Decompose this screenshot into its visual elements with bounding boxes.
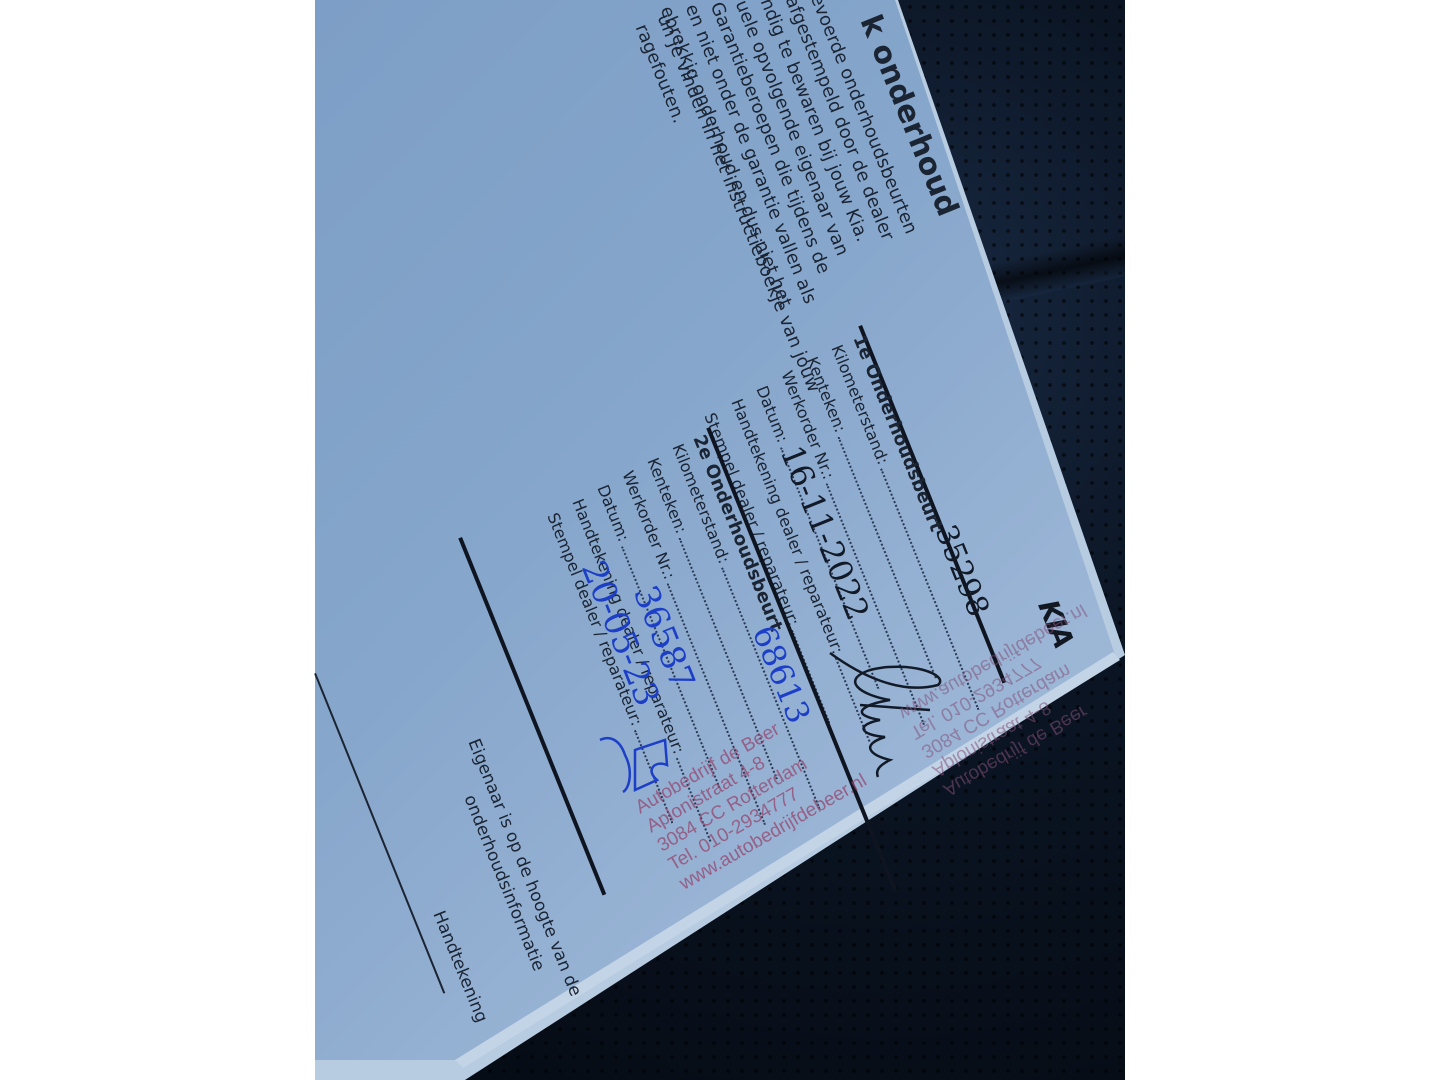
photo: [315, 0, 1125, 1080]
